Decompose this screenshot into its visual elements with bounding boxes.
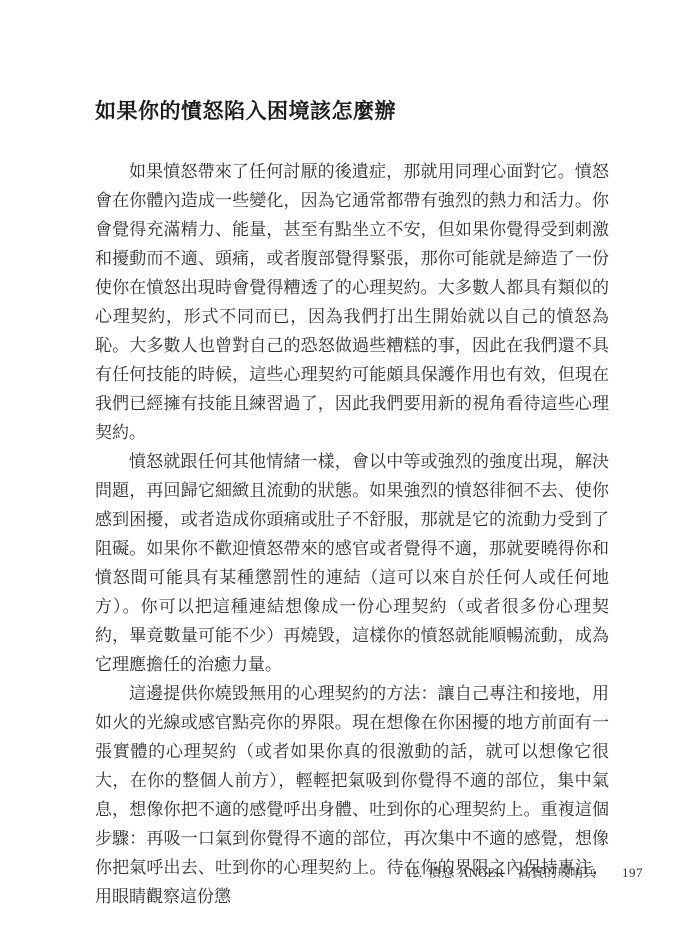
body-text: 如果憤怒帶來了任何討厭的後遺症，那就用同理心面對它。憤怒會在你體內造成一些變化，… xyxy=(95,157,609,911)
page-number: 197 xyxy=(622,864,643,882)
page-footer: 12. 憤怒 ANGER 高貴的戒哨兵 197 xyxy=(406,864,643,882)
section-heading: 如果你的憤怒陷入困境該怎麼辦 xyxy=(95,99,396,125)
chapter-subtitle: 高貴的戒哨兵 xyxy=(518,864,596,882)
chapter-title-en: ANGER xyxy=(459,864,504,882)
chapter-number: 12. xyxy=(406,864,422,882)
paragraph-1: 如果憤怒帶來了任何討厭的後遺症，那就用同理心面對它。憤怒會在你體內造成一些變化，… xyxy=(95,157,609,447)
paragraph-2: 憤怒就跟任何其他情緒一樣，會以中等或強烈的強度出現，解決問題，再回歸它細緻且流動… xyxy=(95,447,609,679)
book-page: 如果你的憤怒陷入困境該怎麼辦 如果憤怒帶來了任何討厭的後遺症，那就用同理心面對它… xyxy=(0,0,700,947)
chapter-title-zh: 憤怒 xyxy=(428,864,454,882)
